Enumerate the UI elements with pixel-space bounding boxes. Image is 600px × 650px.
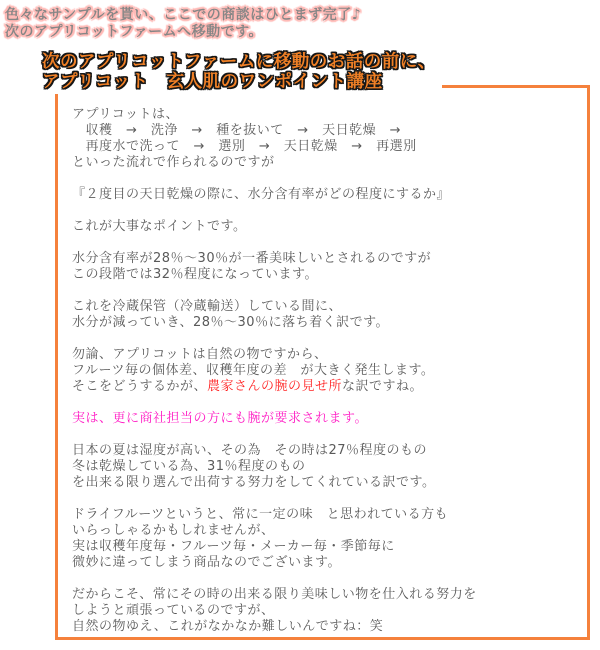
text-segment: 自然の物ゆえ、これがなかなか難しいんですね：笑 — [72, 619, 383, 634]
text-line: 冬は乾燥している為、31％程度のもの — [72, 459, 581, 475]
text-line: 微妙に違ってしまう商品なのでございます。 — [72, 555, 581, 571]
text-segment: を出来る限り選んで出荷する努力をしてくれている訳です。 — [72, 475, 435, 490]
text-segment: アプリコット 玄人肌のワンポイント講座 — [42, 72, 383, 92]
text-line — [72, 283, 581, 299]
text-segment: これが大事なポイントです。 — [72, 219, 246, 234]
text-segment: 実は収穫年度毎・フルーツ毎・メーカー毎・季節毎に — [72, 539, 395, 554]
text-line — [72, 171, 581, 187]
text-line: 『２度目の天日乾燥の際に、水分含有率がどの程度にするか』 — [72, 187, 581, 203]
lecture-body-text: アプリコットは、 収穫 → 洗浄 → 種を抜いて → 天日乾燥 → 再度水で洗っ… — [58, 88, 587, 635]
text-segment: といった流れで作られるのですが — [72, 155, 275, 170]
text-line — [72, 395, 581, 411]
text-line: 日本の夏は湿度が高い、その為 その時は27％程度のもの — [72, 443, 581, 459]
text-line: といった流れで作られるのですが — [72, 155, 581, 171]
text-line: 実は収穫年度毎・フルーツ毎・メーカー毎・季節毎に — [72, 539, 581, 555]
text-line: アプリコット 玄人肌のワンポイント講座 — [42, 73, 436, 93]
text-line: いらっしゃるかもしれませんが、 — [72, 523, 581, 539]
text-line: しようと頑張っているのですが、 — [72, 603, 581, 619]
text-segment: 勿論、アプリコットは自然の物ですから、 — [72, 347, 327, 362]
text-segment: いらっしゃるかもしれませんが、 — [72, 523, 275, 538]
text-segment: 水分含有率が28％～30％が一番美味しいとされるのですが — [72, 251, 431, 266]
page-heading: 次のアプリコットファームに移動のお話の前に、アプリコット 玄人肌のワンポイント講… — [41, 52, 442, 94]
text-segment: 日本の夏は湿度が高い、その為 その時は27％程度のもの — [72, 443, 427, 458]
text-segment: 収穫 → 洗浄 → 種を抜いて → 天日乾燥 → — [72, 123, 401, 138]
text-line: 自然の物ゆえ、これがなかなか難しいんですね：笑 — [72, 619, 581, 635]
text-line: 次のアプリコットファームに移動のお話の前に、 — [42, 53, 436, 73]
text-line — [72, 203, 581, 219]
text-segment: 次のアプリコットファームへ移動です。 — [5, 24, 263, 40]
text-line: ドライフルーツというと、常に一定の味 と思われている方も — [72, 507, 581, 523]
text-segment: アプリコットは、 — [72, 107, 179, 122]
text-line — [72, 491, 581, 507]
text-line — [72, 331, 581, 347]
text-segment: しようと頑張っているのですが、 — [72, 603, 275, 618]
text-segment: 微妙に違ってしまう商品なのでございます。 — [72, 555, 341, 570]
text-line — [72, 571, 581, 587]
text-line: これを冷蔵保管（冷蔵輸送）している間に、 — [72, 299, 581, 315]
text-segment: 冬は乾燥している為、31％程度のもの — [72, 459, 306, 474]
text-line — [72, 235, 581, 251]
text-line: だからこそ、常にその時の出来る限り美味しい物を仕入れる努力を — [72, 587, 581, 603]
text-line: 再度水で洗って → 選別 → 天日乾燥 → 再選別 — [72, 139, 581, 155]
text-segment: な訳ですね。 — [342, 379, 423, 394]
text-segment: 再度水で洗って → 選別 → 天日乾燥 → 再選別 — [72, 139, 417, 154]
text-segment: そこをどうするかが、 — [72, 379, 207, 394]
highlighted-text: 実は、更に商社担当の方にも腕が要求されます。 — [72, 411, 368, 426]
highlighted-text: 農家さんの腕の見せ所 — [207, 379, 342, 394]
text-segment: ドライフルーツというと、常に一定の味 と思われている方も — [72, 507, 448, 522]
text-line: そこをどうするかが、農家さんの腕の見せ所な訳ですね。 — [72, 379, 581, 395]
text-segment: この段階では32％程度になっています。 — [72, 267, 318, 282]
text-segment: 『２度目の天日乾燥の際に、水分含有率がどの程度にするか』 — [72, 187, 450, 202]
text-segment: 次のアプリコットファームに移動のお話の前に、 — [42, 52, 436, 72]
text-line: この段階では32％程度になっています。 — [72, 267, 581, 283]
text-line: 水分が減っていき、28％～30％に落ち着く訳です。 — [72, 315, 581, 331]
text-line: 収穫 → 洗浄 → 種を抜いて → 天日乾燥 → — [72, 123, 581, 139]
text-line: 実は、更に商社担当の方にも腕が要求されます。 — [72, 411, 581, 427]
text-line: アプリコットは、 — [72, 107, 581, 123]
text-line: 勿論、アプリコットは自然の物ですから、 — [72, 347, 581, 363]
text-line: フルーツ毎の個体差、収穫年度の差 が大きく発生します。 — [72, 363, 581, 379]
text-segment: 水分が減っていき、28％～30％に落ち着く訳です。 — [72, 315, 389, 330]
text-segment: これを冷蔵保管（冷蔵輸送）している間に、 — [72, 299, 342, 314]
text-segment: フルーツ毎の個体差、収穫年度の差 が大きく発生します。 — [72, 363, 434, 378]
content-box: アプリコットは、 収穫 → 洗浄 → 種を抜いて → 天日乾燥 → 再度水で洗っ… — [55, 85, 590, 640]
text-line: を出来る限り選んで出荷する努力をしてくれている訳です。 — [72, 475, 581, 491]
text-line — [72, 427, 581, 443]
intro-text: 色々なサンプルを貰い、ここでの商談はひとまず完了♪次のアプリコットファームへ移動… — [5, 7, 361, 40]
text-segment: だからこそ、常にその時の出来る限り美味しい物を仕入れる努力を — [72, 587, 477, 602]
text-line: 水分含有率が28％～30％が一番美味しいとされるのですが — [72, 251, 581, 267]
text-segment: 色々なサンプルを貰い、ここでの商談はひとまず完了♪ — [5, 7, 361, 23]
text-line: 色々なサンプルを貰い、ここでの商談はひとまず完了♪ — [5, 7, 361, 24]
text-line: 次のアプリコットファームへ移動です。 — [5, 24, 361, 41]
text-line: これが大事なポイントです。 — [72, 219, 581, 235]
